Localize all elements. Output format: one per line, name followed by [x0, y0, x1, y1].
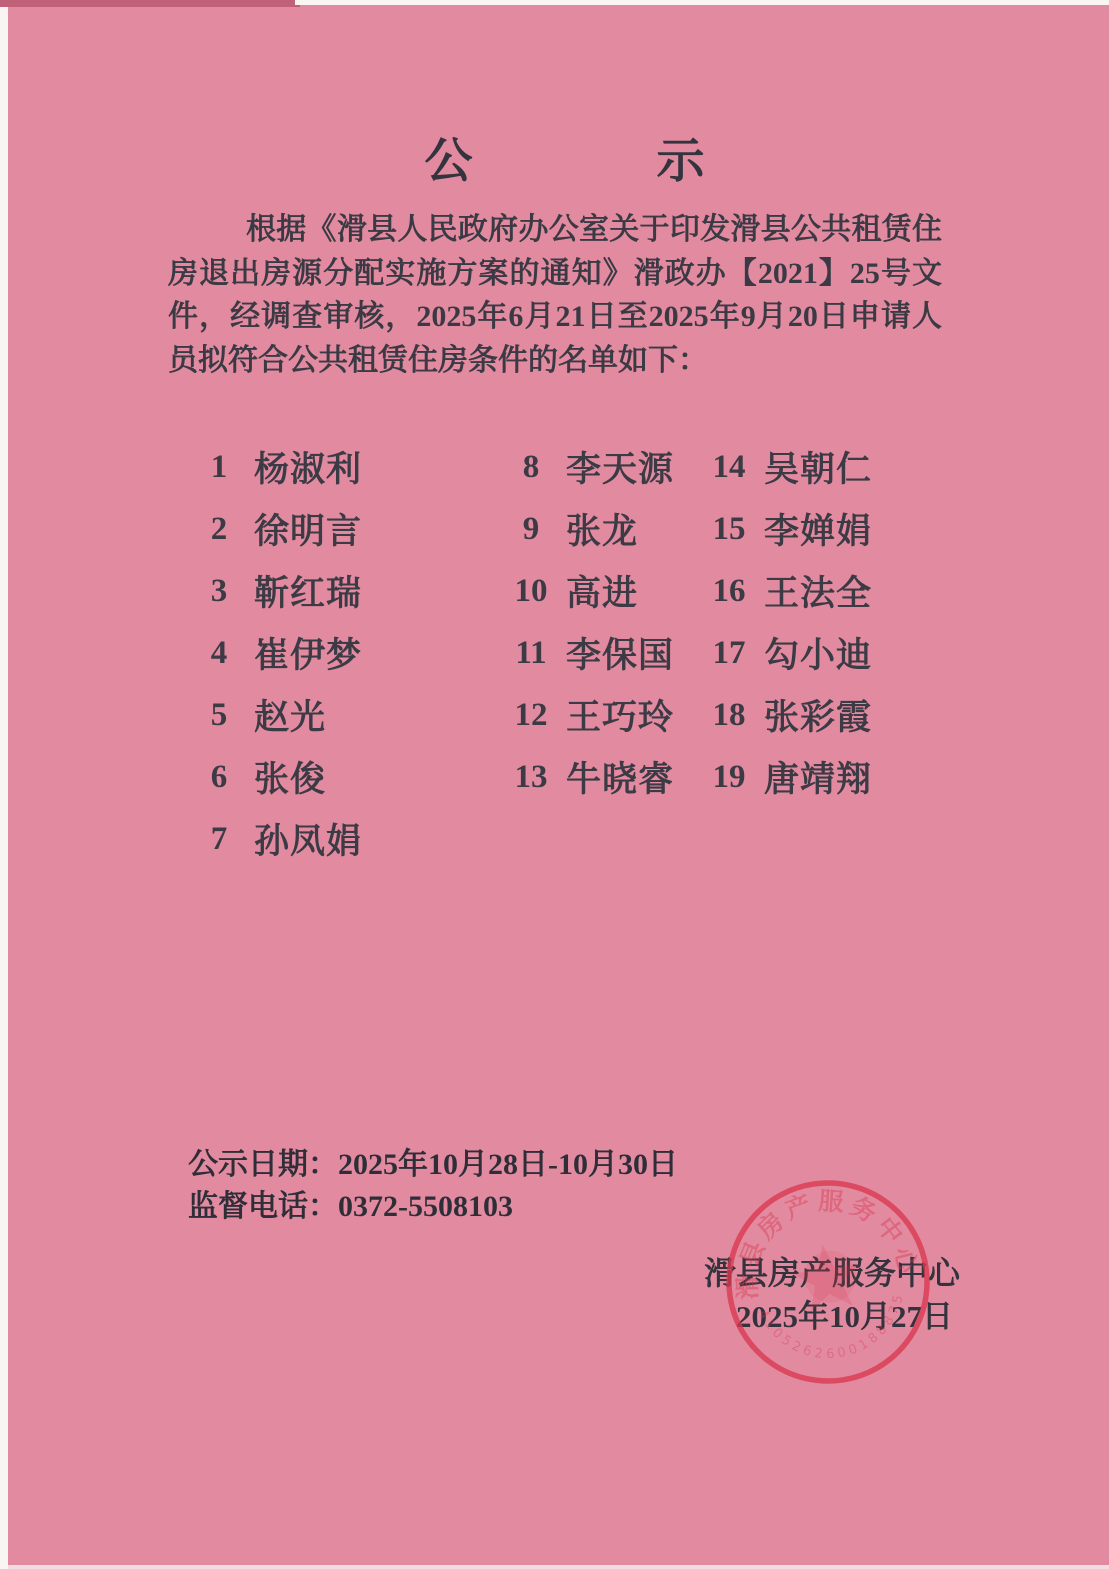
applicant-name: 牛晓睿	[566, 752, 674, 802]
phone-line: 监督电话：0372-5508103	[188, 1186, 678, 1228]
applicant-row: 13牛晓睿	[508, 746, 674, 808]
applicant-row: 10高进	[508, 560, 674, 622]
applicant-number: 12	[508, 697, 554, 734]
applicant-row: 3靳红瑞	[196, 560, 362, 622]
applicant-name: 李婵娟	[764, 504, 872, 554]
applicant-row: 7孙凤娟	[196, 808, 362, 870]
footer-info: 公示日期：2025年10月28日-10月30日 监督电话：0372-550810…	[188, 1144, 678, 1228]
applicant-row: 9张龙	[508, 498, 674, 560]
applicant-name: 张龙	[566, 504, 638, 554]
applicant-name: 高进	[566, 566, 638, 616]
applicant-row: 8李天源	[508, 436, 674, 498]
notice-body: 根据《滑县人民政府办公室关于印发滑县公共租赁住房退出房源分配实施方案的通知》滑政…	[168, 208, 942, 382]
applicant-row: 14吴朝仁	[706, 436, 872, 498]
applicant-row: 6张俊	[196, 746, 362, 808]
title-char-2: 示	[657, 138, 705, 186]
applicant-number: 15	[706, 511, 752, 548]
applicant-row: 4崔伊梦	[196, 622, 362, 684]
applicant-row: 18张彩霞	[706, 684, 872, 746]
applicant-row: 12王巧玲	[508, 684, 674, 746]
applicant-name: 赵光	[254, 690, 326, 740]
publish-date-label: 公示日期：	[188, 1148, 338, 1181]
applicant-number: 5	[196, 697, 242, 734]
applicant-row: 15李婵娟	[706, 498, 872, 560]
applicant-column-3: 14吴朝仁 15李婵娟 16王法全 17勾小迪 18张彩霞 19唐靖翔	[706, 436, 872, 808]
applicant-name: 王法全	[764, 566, 872, 616]
applicant-number: 6	[196, 759, 242, 796]
page-title: 公 示	[0, 138, 1109, 186]
phone-value: 0372-5508103	[338, 1190, 513, 1223]
signature-date: 2025年10月27日	[736, 1291, 953, 1336]
applicant-number: 13	[508, 759, 554, 796]
scan-edge-left	[0, 7, 8, 1569]
applicant-row: 5赵光	[196, 684, 362, 746]
publish-date-value: 2025年10月28日-10月30日	[338, 1148, 678, 1181]
applicant-number: 10	[508, 573, 554, 610]
applicant-name: 杨淑利	[254, 442, 362, 492]
applicant-name: 唐靖翔	[764, 752, 872, 802]
applicant-row: 2徐明言	[196, 498, 362, 560]
scan-edge-top-dark	[0, 0, 300, 7]
applicant-number: 16	[706, 573, 752, 610]
applicant-row: 19唐靖翔	[706, 746, 872, 808]
applicant-name: 李保国	[566, 628, 674, 678]
notice-page: 公 示 根据《滑县人民政府办公室关于印发滑县公共租赁住房退出房源分配实施方案的通…	[0, 0, 1109, 1569]
applicant-column-1: 1杨淑利 2徐明言 3靳红瑞 4崔伊梦 5赵光 6张俊 7孙凤娟	[196, 436, 362, 870]
applicant-name: 靳红瑞	[254, 566, 362, 616]
applicant-number: 17	[706, 635, 752, 672]
signature-org: 滑县房产服务中心	[704, 1248, 960, 1294]
applicant-name: 李天源	[566, 442, 674, 492]
phone-label: 监督电话：	[188, 1190, 338, 1223]
applicant-number: 1	[196, 449, 242, 486]
applicant-column-2: 8李天源 9张龙 10高进 11李保国 12王巧玲 13牛晓睿	[508, 436, 674, 808]
applicant-row: 16王法全	[706, 560, 872, 622]
applicant-number: 9	[508, 511, 554, 548]
applicant-name: 张彩霞	[764, 690, 872, 740]
applicant-number: 11	[508, 635, 554, 672]
applicant-row: 1杨淑利	[196, 436, 362, 498]
applicant-name: 孙凤娟	[254, 814, 362, 864]
applicant-name: 王巧玲	[566, 690, 674, 740]
scan-edge-bottom	[8, 1565, 1109, 1569]
applicant-row: 11李保国	[508, 622, 674, 684]
applicant-name: 崔伊梦	[254, 628, 362, 678]
applicant-number: 4	[196, 635, 242, 672]
applicant-number: 3	[196, 573, 242, 610]
applicant-number: 2	[196, 511, 242, 548]
applicant-name: 勾小迪	[764, 628, 872, 678]
title-char-1: 公	[424, 138, 472, 186]
applicant-number: 8	[508, 449, 554, 486]
applicant-row: 17勾小迪	[706, 622, 872, 684]
applicant-name: 徐明言	[254, 504, 362, 554]
publish-date-line: 公示日期：2025年10月28日-10月30日	[188, 1144, 678, 1186]
applicant-number: 14	[706, 449, 752, 486]
applicant-name: 吴朝仁	[764, 442, 872, 492]
applicant-number: 18	[706, 697, 752, 734]
applicant-number: 19	[706, 759, 752, 796]
applicant-number: 7	[196, 821, 242, 858]
applicant-name: 张俊	[254, 752, 326, 802]
scan-edge-top	[295, 0, 1109, 5]
